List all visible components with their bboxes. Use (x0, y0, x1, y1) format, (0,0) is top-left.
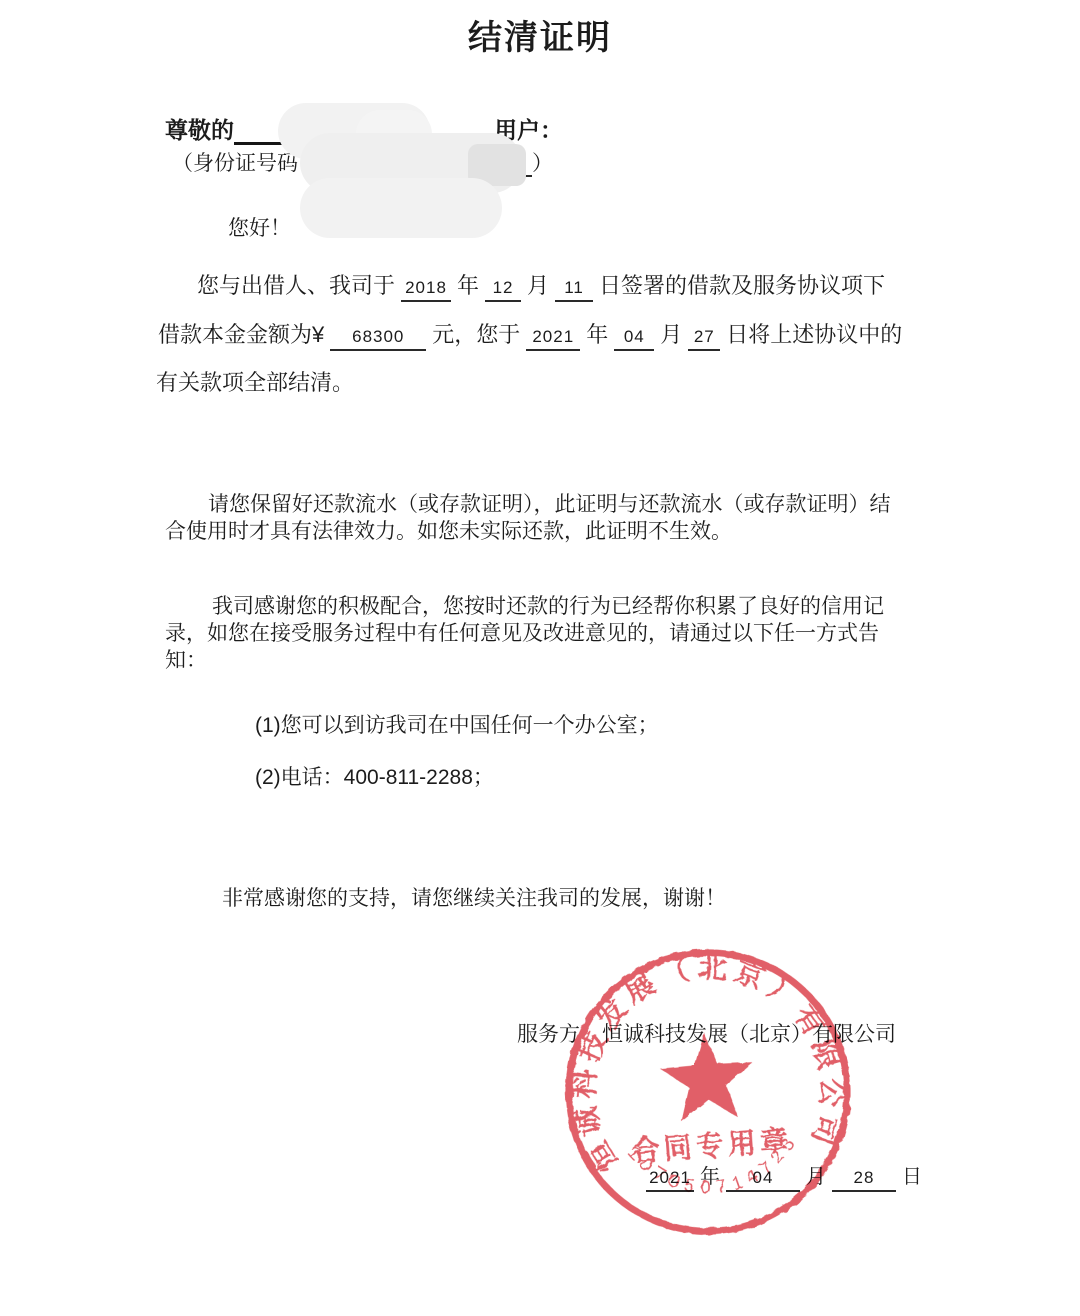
seal-ring-text: 恒诚科技发展（北京）有限公司 (557, 942, 854, 1179)
page-title: 结清证明 (0, 10, 1080, 59)
sign-month-unit: 月 (527, 273, 549, 298)
date-month-unit: 月 (806, 1166, 826, 1188)
date-day-blank: 28 (832, 1167, 896, 1192)
p1-l2-text1: 借款本金金额为¥ (158, 322, 324, 347)
settle-day-value: 27 (694, 327, 715, 346)
sign-year-blank: 2018 (401, 277, 451, 302)
settle-year-value: 2021 (532, 327, 574, 346)
company-seal: 恒诚科技发展（北京）有限公司 合同专用章 107050714723 (552, 936, 864, 1248)
company-seal-svg: 恒诚科技发展（北京）有限公司 合同专用章 107050714723 (552, 936, 864, 1248)
id-close-paren: ） (532, 152, 553, 175)
company-name: 恒诚科技发展（北京）有限公司 (602, 1023, 896, 1046)
p1-l1-text2: 日签署的借款及服务协议项下 (599, 273, 885, 298)
id-number-label: （身份证号码 (172, 152, 298, 175)
service-provider-line: 服务方恒诚科技发展（北京）有限公司 (517, 1022, 896, 1048)
settle-month-unit: 月 (660, 322, 682, 347)
p1-l2-text2: 元，您于 (432, 322, 520, 347)
contact-item-office: (1)您可以到访我司在中国任何一个办公室； (255, 713, 659, 739)
date-year-blank: 2021 (646, 1167, 694, 1192)
p1-line3: 有关款项全部结清。 (156, 369, 354, 397)
settle-year-blank: 2021 (526, 326, 580, 351)
seal-outer-ring (559, 943, 856, 1240)
date-line: 2021年04月28日 (640, 1160, 922, 1192)
p3-line2: 录，如您在接受服务过程中有任何意见及改进意见的，请通过以下任一方式告 (165, 621, 879, 647)
date-year-value: 2021 (649, 1168, 691, 1187)
p3-line3: 知： (165, 648, 207, 674)
p1-line1: 您与出借人、我司于2018年12月11日签署的借款及服务协议项下 (197, 272, 885, 302)
salutation-label: 尊敬的 (165, 117, 234, 143)
service-provider-label: 服务方 (517, 1023, 580, 1046)
contact-item-phone: (2)电话：400-811-2288； (255, 765, 494, 791)
seal-ink-group: 恒诚科技发展（北京）有限公司 合同专用章 107050714723 (557, 942, 858, 1241)
settle-day-blank: 27 (688, 326, 720, 351)
p3-line1: 我司感谢您的积极配合，您按时还款的行为已经帮你积累了良好的信用记 (212, 594, 884, 620)
settle-year-unit: 年 (586, 322, 608, 347)
p1-l1-text1: 您与出借人、我司于 (197, 273, 395, 298)
p2-line2: 合使用时才具有法律效力。如您未实际还款，此证明不生效。 (165, 519, 732, 545)
settle-month-value: 04 (624, 327, 645, 346)
p1-line2: 借款本金金额为¥68300元，您于2021年04月27日将上述协议中的 (158, 321, 902, 351)
redaction-blob-lower (300, 178, 502, 238)
principal-amount-blank: 68300 (330, 326, 426, 351)
settlement-certificate-page: 结清证明 尊敬的用户： （身份证号码） 您好！ 您与出借人、我司于2018年12… (0, 0, 1080, 1316)
settle-month-blank: 04 (614, 326, 654, 351)
sign-year-value: 2018 (405, 278, 447, 297)
sign-month-blank: 12 (485, 277, 521, 302)
date-day-value: 28 (854, 1168, 875, 1187)
p1-l2-text3: 日将上述协议中的 (726, 322, 902, 347)
sign-day-blank: 11 (555, 277, 593, 302)
date-year-unit: 年 (700, 1166, 720, 1188)
p2-line1: 请您保留好还款流水（或存款证明），此证明与还款流水（或存款证明）结 (208, 492, 891, 518)
thanks-line: 非常感谢您的支持，请您继续关注我司的发展，谢谢！ (222, 886, 726, 912)
date-day-unit: 日 (902, 1166, 922, 1188)
date-month-blank: 04 (726, 1167, 800, 1192)
seal-ring-company-text: 恒诚科技发展（北京）有限公司 (557, 942, 854, 1179)
principal-amount-value: 68300 (352, 327, 404, 346)
sign-day-value: 11 (564, 278, 584, 297)
date-month-value: 04 (753, 1168, 774, 1187)
sign-year-unit: 年 (457, 273, 479, 298)
sign-month-value: 12 (493, 278, 514, 297)
hello-line: 您好！ (228, 216, 291, 242)
